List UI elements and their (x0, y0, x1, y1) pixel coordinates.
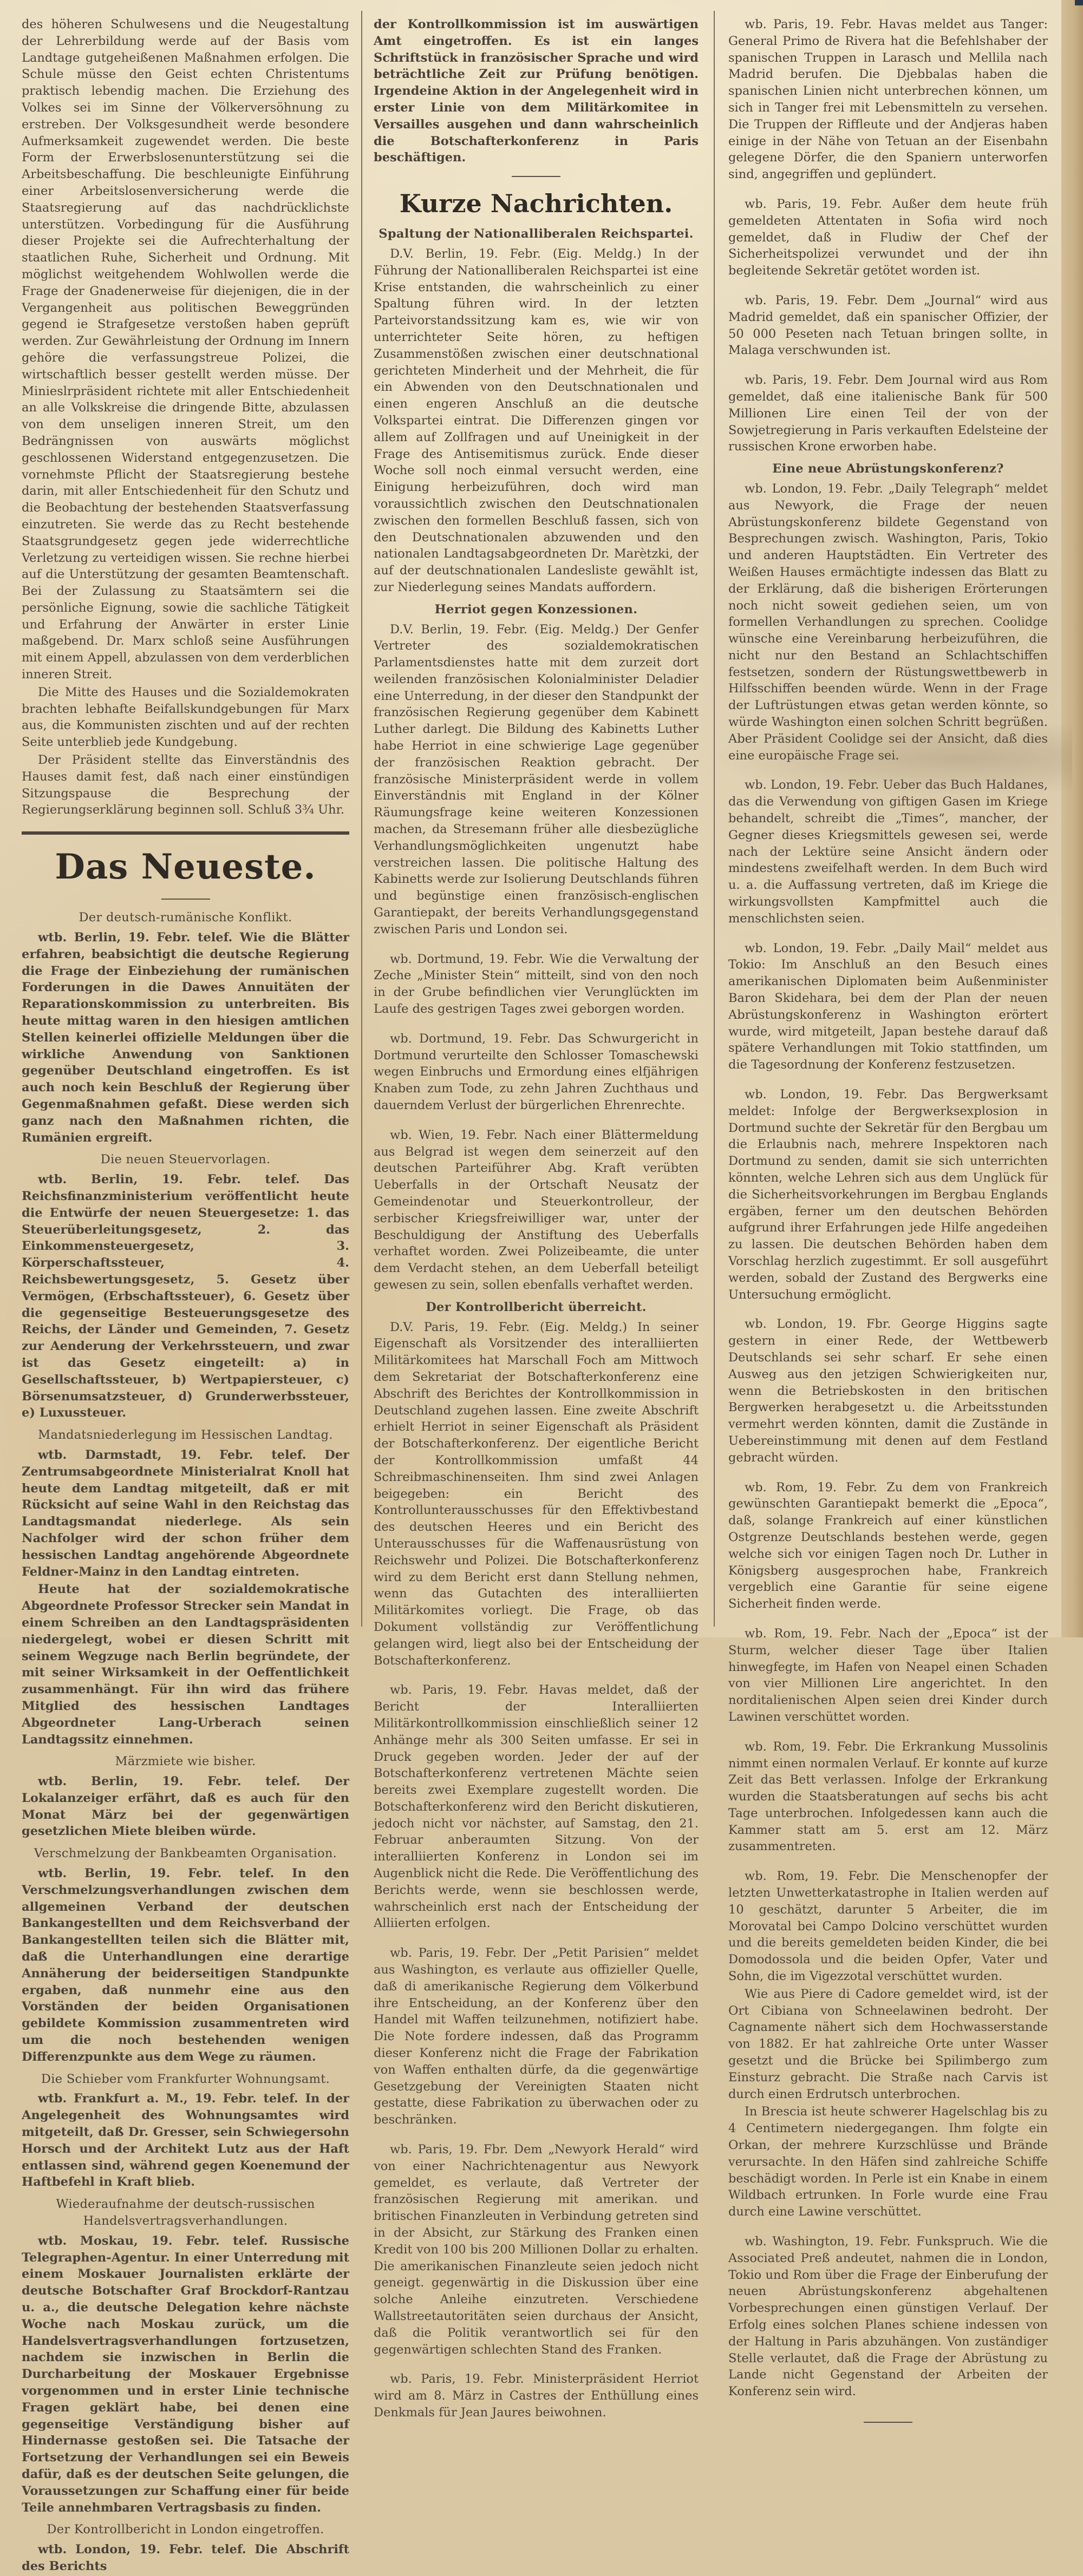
article-headline: Der Kontrollbericht überreicht. (374, 1299, 699, 1316)
article: wb. Rom, 19. Febr. Zu dem von Frankreich… (728, 1479, 1048, 1613)
section-title: Das Neueste. (22, 845, 349, 889)
article-body: wb. London, 19. Febr. Ueber das Buch Hal… (728, 777, 1048, 927)
column-rule-2 (714, 11, 715, 1627)
article: wb. Paris, 19. Febr. Außer dem heute frü… (728, 196, 1048, 279)
article-body: wb. London, 19. Fbr. George Higgins sagt… (728, 1316, 1048, 1466)
article: wb. London, 19. Febr. Ueber das Buch Hal… (728, 777, 1048, 927)
article: Spaltung der Nationalliberalen Reichspar… (374, 226, 699, 596)
article: Der deutsch-rumänische Konflikt. wtb. Be… (22, 909, 349, 1146)
article-headline: Die neuen Steuervorlagen. (22, 1151, 349, 1168)
article-body: wb. Dortmund, 19. Febr. Das Schwurgerich… (374, 1031, 699, 1114)
article-body: wb. Wien, 19. Febr. Nach einer Blätterme… (374, 1127, 699, 1294)
article-body: D.V. Paris, 19. Febr. (Eig. Meldg.) In s… (374, 1319, 699, 1637)
article-body: wb. Paris, 19. Febr. Dem „Journal“ wird … (728, 292, 1048, 359)
article: wb. London, 19. Febr. „Daily Mail“ melde… (728, 940, 1048, 1073)
column-2: der Kontrollkommission ist im auswärtige… (374, 16, 699, 1637)
article-body: D.V. Berlin, 19. Febr. (Eig. Meldg.) In … (374, 246, 699, 596)
column-rule-1 (361, 11, 362, 1627)
short-divider (512, 176, 560, 177)
intro-paragraph: Die Mitte des Hauses und die Sozialdemok… (22, 684, 349, 751)
article: wb. London, 19. Fbr. George Higgins sagt… (728, 1316, 1048, 1466)
article-body: D.V. Berlin, 19. Febr. (Eig. Meldg.) Der… (374, 621, 699, 938)
article-headline: Spaltung der Nationalliberalen Reichspar… (374, 226, 699, 242)
article-body: wb. Paris, 19. Febr. Dem Journal wird au… (728, 372, 1048, 455)
article: Herriot gegen Konzessionen. D.V. Berlin,… (374, 601, 699, 938)
intro-paragraph: Der Präsident stellte das Einverständnis… (22, 752, 349, 818)
column-1: des höheren Schulwesens und die Neugesta… (22, 16, 349, 1637)
article: Die neuen Steuervorlagen. wtb. Berlin, 1… (22, 1151, 349, 1421)
article: wb. Paris, 19. Febr. Havas meldet aus Ta… (728, 16, 1048, 183)
page-fold (1061, 0, 1083, 1637)
article-headline: Herriot gegen Konzessionen. (374, 601, 699, 618)
short-divider (161, 899, 210, 900)
article-body: wb. Rom, 19. Febr. Nach der „Epoca“ ist … (728, 1625, 1048, 1637)
article-body: wb. Dortmund, 19. Febr. Wie die Verwaltu… (374, 951, 699, 1018)
column-3: wb. Paris, 19. Febr. Havas meldet aus Ta… (728, 16, 1048, 1637)
intro-paragraph: des höheren Schulwesens und die Neugesta… (22, 16, 349, 683)
article: Der Kontrollbericht überreicht. D.V. Par… (374, 1299, 699, 1637)
intro-paragraph: der Kontrollkommission ist im auswärtige… (374, 16, 699, 166)
article-body: wtb. Berlin, 19. Febr. telef. Wie die Bl… (22, 929, 349, 1146)
section-title: Kurze Nachrichten. (374, 187, 699, 220)
article-body: wb. London, 19. Febr. „Daily Mail“ melde… (728, 940, 1048, 1073)
article-body: wb. London, 19. Febr. „Daily Telegraph“ … (728, 481, 1048, 764)
article: wb. Dortmund, 19. Febr. Das Schwurgerich… (374, 1031, 699, 1114)
article: wb. London, 19. Febr. Das Bergwerksamt m… (728, 1086, 1048, 1303)
section-divider (22, 831, 349, 835)
article: wb. Paris, 19. Febr. Dem „Journal“ wird … (728, 292, 1048, 359)
article: wb. Dortmund, 19. Febr. Wie die Verwaltu… (374, 951, 699, 1018)
article: Eine neue Abrüstungskonferenz? wb. Londo… (728, 461, 1048, 764)
article-headline: Mandatsniederlegung im Hessischen Landta… (22, 1427, 349, 1444)
article: wb. Rom, 19. Febr. Nach der „Epoca“ ist … (728, 1625, 1048, 1637)
article-body: wb. Paris, 19. Febr. Havas meldet aus Ta… (728, 16, 1048, 183)
article-body: wb. Paris, 19. Febr. Außer dem heute frü… (728, 196, 1048, 279)
article-headline: Eine neue Abrüstungskonferenz? (728, 461, 1048, 477)
article-headline: Der deutsch-rumänische Konflikt. (22, 909, 349, 926)
article-body: wtb. Berlin, 19. Febr. telef. Das Reichs… (22, 1171, 349, 1421)
article-body: wb. London, 19. Febr. Das Bergwerksamt m… (728, 1086, 1048, 1303)
edge-mark (1075, 0, 1083, 5)
article: wb. Wien, 19. Febr. Nach einer Blätterme… (374, 1127, 699, 1294)
article-body: wtb. Darmstadt, 19. Febr. telef. Der Zen… (22, 1447, 349, 1580)
article-body: wb. Rom, 19. Febr. Zu dem von Frankreich… (728, 1479, 1048, 1613)
article-body: Heute hat der sozialdemokratische Abgeor… (22, 1581, 349, 1637)
article: wb. Paris, 19. Febr. Dem Journal wird au… (728, 372, 1048, 455)
article: Mandatsniederlegung im Hessischen Landta… (22, 1427, 349, 1637)
